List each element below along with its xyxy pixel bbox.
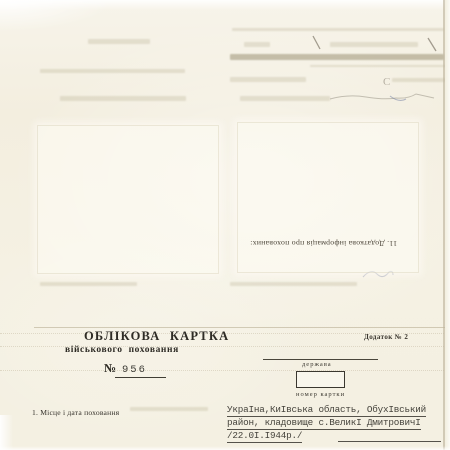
scan-edge-topleft xyxy=(0,0,150,42)
empty-underline xyxy=(338,441,441,442)
card-subtitle: військового поховання xyxy=(65,345,179,355)
show-through-line xyxy=(230,282,357,286)
scan-edge-bottomleft xyxy=(0,415,13,450)
show-through-line xyxy=(230,77,306,82)
fold-crease-line xyxy=(34,327,450,328)
field1-value-line3: /22.0I.I944р./ xyxy=(227,430,302,443)
state-field-line xyxy=(263,359,378,360)
show-through-line xyxy=(40,282,137,286)
card-number-underline xyxy=(115,364,166,378)
pasted-blank-area xyxy=(237,122,419,273)
handwritten-squiggle xyxy=(328,90,438,106)
field1-value-line2: район, кладовище с.ВеликІ ДмитровичІ xyxy=(227,417,421,430)
show-through-line xyxy=(244,42,270,47)
card-number-box xyxy=(296,371,345,388)
scan-edge-right xyxy=(445,0,450,450)
show-through-line xyxy=(330,42,418,47)
handwritten-c-mark: С xyxy=(383,76,390,88)
appendix-label: Додаток № 2 xyxy=(364,333,408,341)
handwritten-slash-mark xyxy=(308,34,326,52)
field1-value-line1: УкраІна,КиІвська область, ОбухІвський xyxy=(227,404,426,417)
show-through-line xyxy=(130,407,208,411)
state-label: держава xyxy=(302,361,332,368)
scan-edge-bottom xyxy=(0,446,450,450)
card-title: ОБЛІКОВА КАРТКА xyxy=(84,329,229,344)
show-through-line xyxy=(232,28,444,31)
reverse-item11-label: 11. Додаткова інформація про похованих: xyxy=(250,239,397,248)
show-through-line xyxy=(230,54,444,60)
field1-label: 1. Місце і дата поховання xyxy=(32,408,119,417)
show-through-line xyxy=(60,96,186,101)
show-through-line xyxy=(240,96,330,101)
show-through-ruled-line xyxy=(0,370,450,371)
scanned-document: С 11. Додаткова інформація про похованих… xyxy=(0,0,450,450)
handwritten-slash-mark xyxy=(424,36,442,54)
card-number-box-label: номер картки xyxy=(296,391,345,398)
show-through-line xyxy=(392,78,446,82)
show-through-line xyxy=(40,69,185,73)
show-through-line xyxy=(310,65,448,67)
pasted-blank-area xyxy=(37,125,219,274)
